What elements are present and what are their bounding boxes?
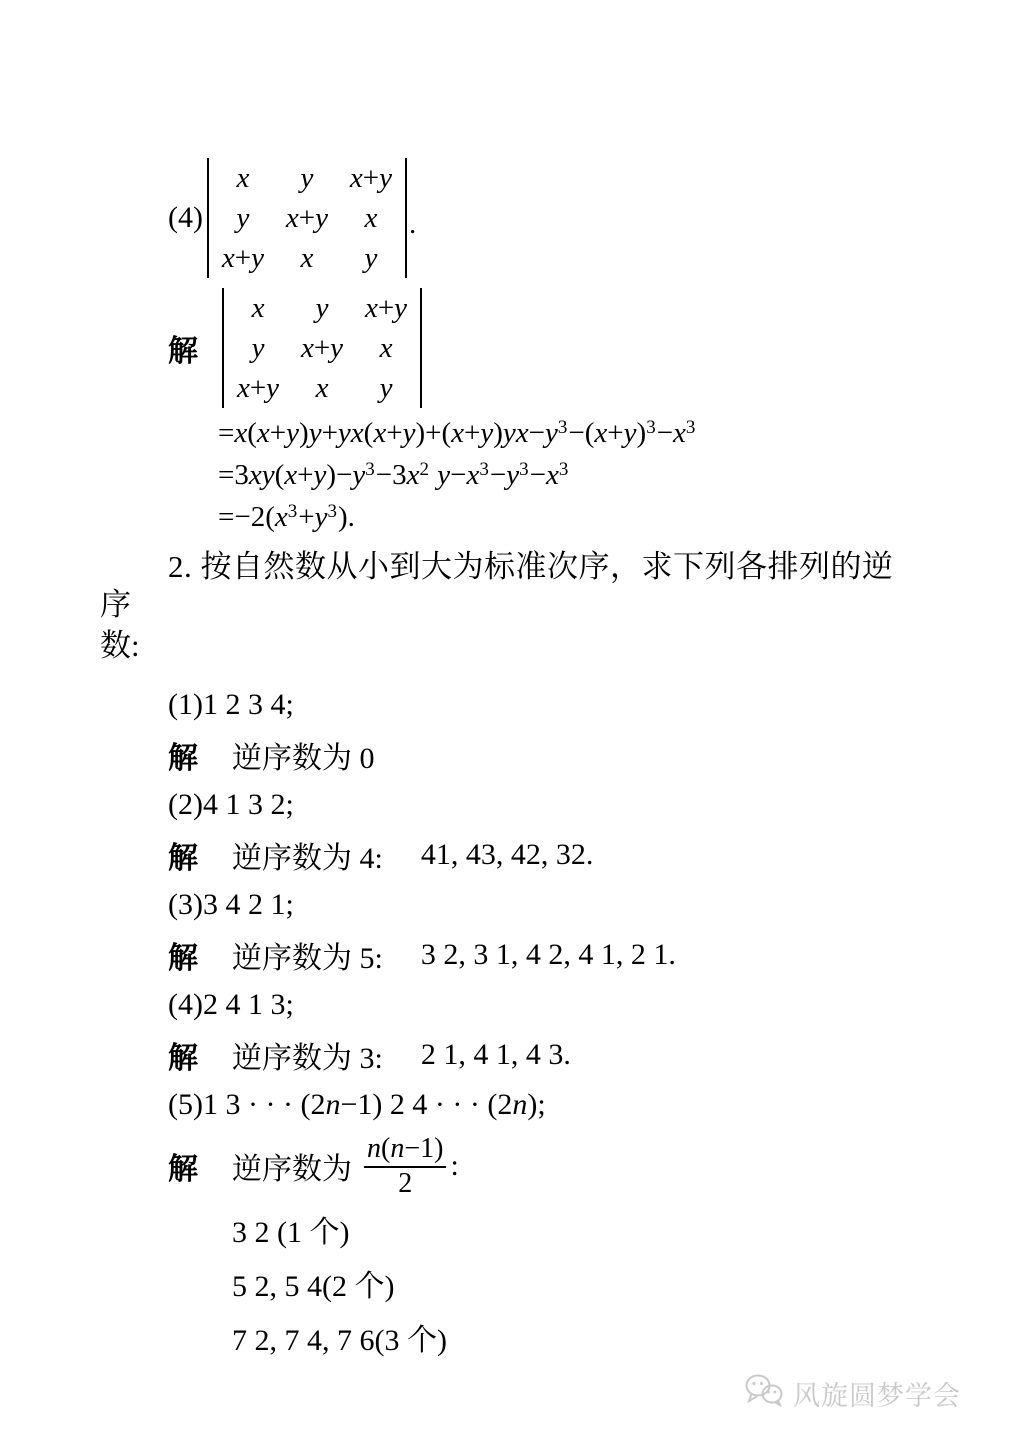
item-4-solution: 解 逆序数为 3: 2 1, 4 1, 4 3.	[168, 1030, 921, 1080]
inversion-list-row: 5 2, 5 4(2 个)	[232, 1256, 921, 1310]
matrix-cell: x	[316, 372, 329, 405]
item-5-question: (5)1 3 · · · (2n−1) 2 4 · · · (2n);	[168, 1080, 921, 1130]
item-2-question: (2)4 1 3 2;	[168, 780, 921, 830]
solution-detail: 3 2, 3 1, 4 2, 4 1, 2 1.	[421, 938, 676, 972]
equation-step: =x(x+y)y+yx(x+y)+(x+y)yx−y3−(x+y)3−x3	[218, 412, 921, 454]
problem-2-heading: 2. 按自然数从小到大为标准次序，求下列各排列的逆序	[100, 548, 921, 624]
inversion-list-row: 7 2, 7 4, 7 6(3 个)	[232, 1310, 921, 1364]
document-page: (4) x y x+y y x+y x x+y x y . 解	[0, 0, 1011, 1431]
item-1-solution: 解 逆序数为 0	[168, 730, 921, 780]
matrix-cell: y	[380, 372, 393, 405]
fraction-suffix: :	[450, 1149, 458, 1183]
solution-label: 解	[168, 833, 198, 877]
watermark-text: 风旋圆梦学会	[793, 1374, 961, 1413]
matrix-cell: x+y	[301, 332, 343, 365]
matrix-cell: x	[301, 242, 314, 275]
item-3-question: (3)3 4 2 1;	[168, 880, 921, 930]
matrix-cell: x+y	[237, 372, 279, 405]
problem-2-heading-continuation: 数:	[100, 624, 921, 668]
matrix-cell: x+y	[350, 162, 392, 195]
fraction-numerator: n(n−1)	[364, 1133, 446, 1167]
solution-text: 逆序数为 5:	[232, 933, 383, 977]
solution-text: 逆序数为 3:	[232, 1033, 383, 1077]
solution-4-determinant-block: 解 x y x+y y x+y x x+y x y	[168, 288, 921, 408]
period: .	[409, 196, 416, 241]
matrix-cell: y	[316, 292, 329, 325]
problem-4-determinant-block: (4) x y x+y y x+y x x+y x y .	[168, 158, 921, 278]
problem-4-label: (4)	[168, 201, 203, 235]
solution-label: 解	[168, 933, 198, 977]
solution-text: 逆序数为	[232, 1144, 352, 1188]
solution-detail: 2 1, 4 1, 4 3.	[421, 1038, 571, 1072]
inversion-list-row: 3 2 (1 个)	[232, 1202, 921, 1256]
watermark: 风旋圆梦学会	[743, 1372, 961, 1415]
matrix-cell: y	[252, 332, 265, 365]
matrix-cell: x	[380, 332, 393, 365]
solution-text: 逆序数为 0	[232, 733, 375, 777]
item-4-question: (4)2 4 1 3;	[168, 980, 921, 1030]
matrix-cell: x	[252, 292, 265, 325]
item-5-solution: 解 逆序数为 n(n−1) 2 :	[168, 1130, 921, 1202]
solution-label: 解	[168, 326, 198, 370]
determinant-right-bar	[405, 158, 407, 278]
determinant-grid: x y x+y y x+y x x+y x y	[209, 158, 405, 278]
matrix-cell: y	[301, 162, 314, 195]
item-2-solution: 解 逆序数为 4: 41, 43, 42, 32.	[168, 830, 921, 880]
matrix-cell: y	[237, 202, 250, 235]
fraction: n(n−1) 2	[364, 1133, 446, 1199]
permutation-items: (1)1 2 3 4; 解 逆序数为 0 (2)4 1 3 2; 解 逆序数为 …	[100, 680, 921, 1364]
wechat-icon	[743, 1372, 785, 1415]
determinant-right-bar	[420, 288, 422, 408]
matrix-cell: x+y	[222, 242, 264, 275]
item-3-solution: 解 逆序数为 5: 3 2, 3 1, 4 2, 4 1, 2 1.	[168, 930, 921, 980]
determinant-problem: x y x+y y x+y x x+y x y	[207, 158, 407, 278]
matrix-cell: x	[237, 162, 250, 195]
page-content: (4) x y x+y y x+y x x+y x y . 解	[0, 0, 1011, 1364]
equation-step: =−2(x3+y3).	[218, 496, 921, 538]
determinant-solution: x y x+y y x+y x x+y x y	[222, 288, 422, 408]
determinant-grid: x y x+y y x+y x x+y x y	[224, 288, 420, 408]
solution-label: 解	[168, 1144, 198, 1188]
expansion-steps: =x(x+y)y+yx(x+y)+(x+y)yx−y3−(x+y)3−x3 =3…	[100, 412, 921, 538]
matrix-cell: x+y	[286, 202, 328, 235]
solution-label: 解	[168, 1033, 198, 1077]
matrix-cell: x+y	[365, 292, 407, 325]
solution-text: 逆序数为 4:	[232, 833, 383, 877]
matrix-cell: y	[365, 242, 378, 275]
fraction-denominator: 2	[398, 1168, 412, 1199]
solution-detail: 41, 43, 42, 32.	[421, 838, 594, 872]
matrix-cell: x	[365, 202, 378, 235]
item-1-question: (1)1 2 3 4;	[168, 680, 921, 730]
equation-step: =3xy(x+y)−y3−3x2 y−x3−y3−x3	[218, 454, 921, 496]
solution-label: 解	[168, 733, 198, 777]
